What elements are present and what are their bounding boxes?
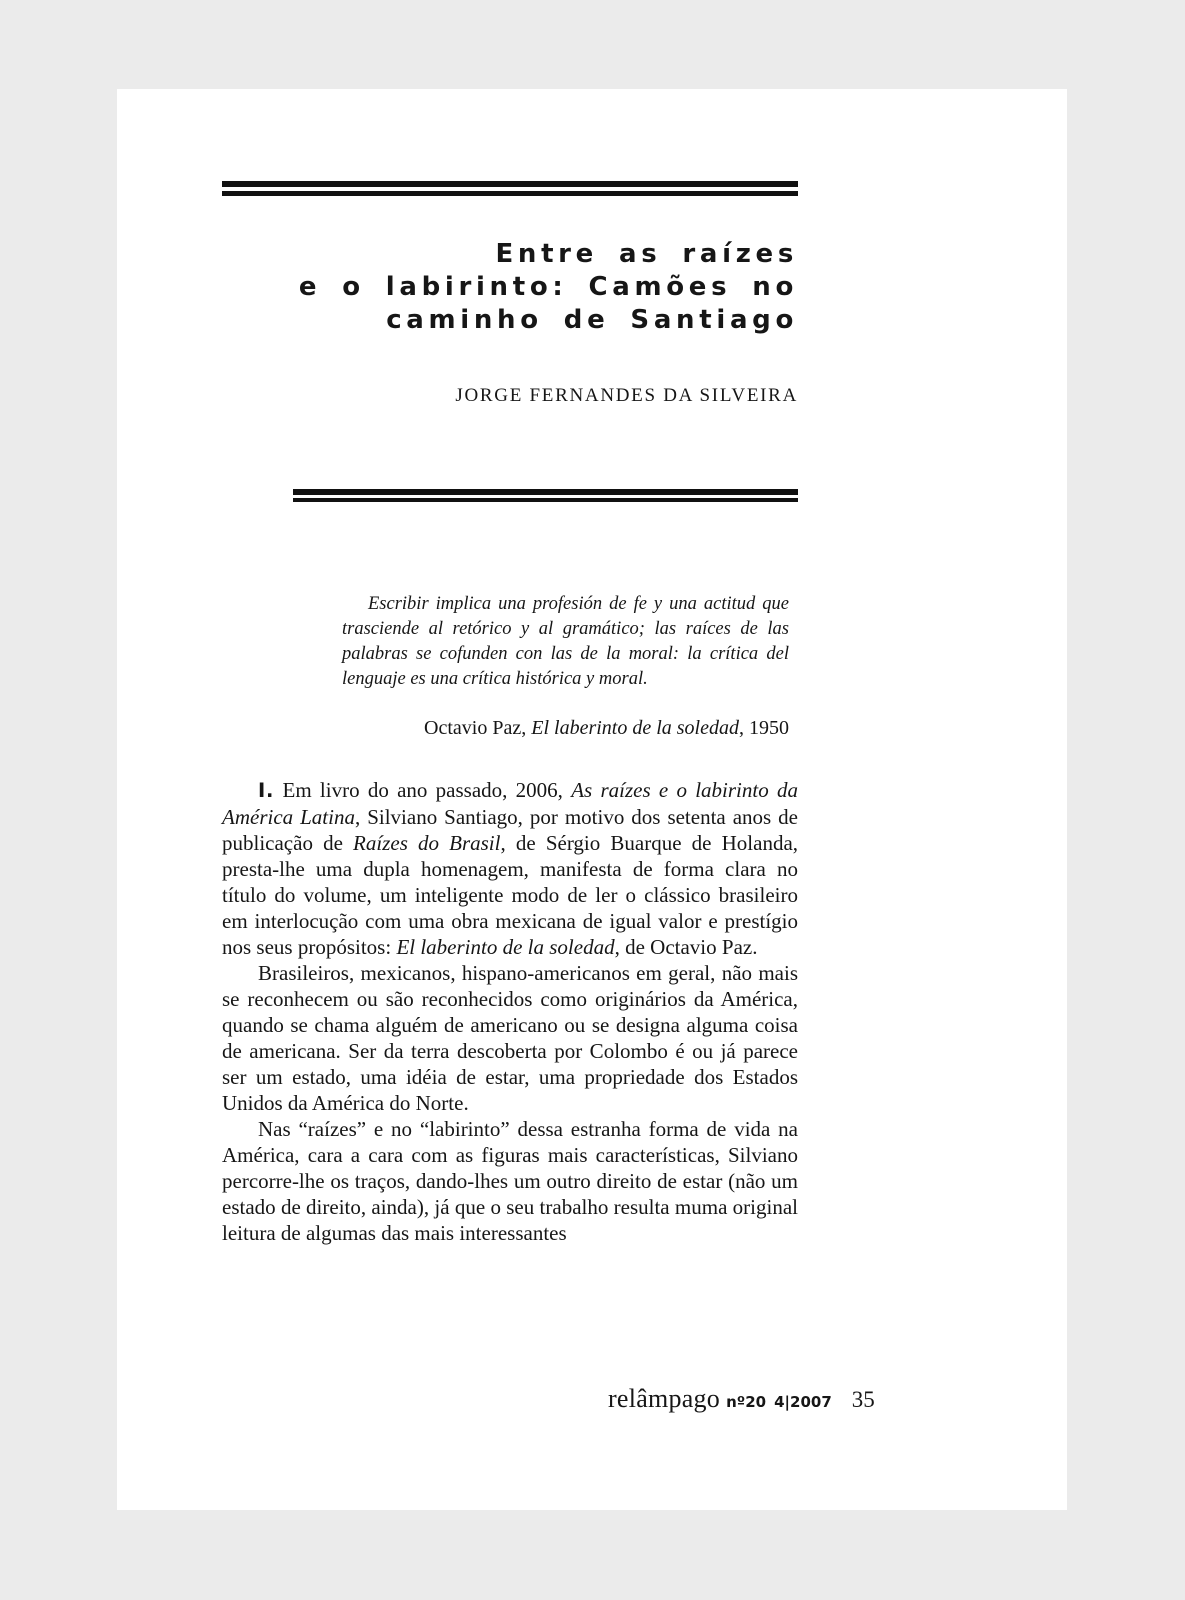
rule-line [222,191,798,196]
rule-line [293,498,798,502]
title-line-3: caminho de Santiago [222,304,798,337]
text-run: Nas “raízes” e no “labirinto” dessa estr… [222,1117,798,1245]
issue-date: 4|2007 [774,1393,832,1411]
text-run: Em livro do ano passado, 2006, [274,778,571,802]
article-author: JORGE FERNANDES DA SILVEIRA [222,385,798,407]
page-background: Entre as raízes e o labirinto: Camões no… [0,0,1185,1600]
page-number: 35 [852,1387,875,1413]
paragraph: Brasileiros, mexicanos, hispano-american… [222,960,798,1116]
italic-text: El laberinto de la soledad [531,717,739,739]
header-rule [222,181,798,196]
text-run: Octavio Paz, [424,717,531,739]
epigraph-quote: Escribir implica una profesión de fe y u… [342,592,789,692]
title-line-2: e o labirinto: Camões no [222,271,798,304]
journal-footer: relâmpago nº20 4|2007 35 [608,1384,875,1414]
text-run: , de Octavio Paz. [615,935,758,959]
italic-text: El laberinto de la soledad [396,935,614,959]
paragraph: Nas “raízes” e no “labirinto” dessa estr… [222,1116,798,1246]
journal-name: relâmpago [608,1384,720,1414]
section-rule [293,489,798,502]
italic-text: Raízes do Brasil [353,831,500,855]
paragraph: I. Em livro do ano passado, 2006, As raí… [222,777,798,960]
article-title: Entre as raízes e o labirinto: Camões no… [222,238,798,337]
text-run: Brasileiros, mexicanos, hispano-american… [222,961,798,1115]
body-text: I. Em livro do ano passado, 2006, As raí… [222,777,798,1246]
epigraph-attribution: Octavio Paz, El laberinto de la soledad,… [342,717,789,740]
text-run: , 1950 [739,717,789,739]
issue-number: nº20 [726,1393,766,1411]
paragraph-initial: I. [258,779,274,802]
document-page: Entre as raízes e o labirinto: Camões no… [117,89,1067,1510]
title-line-1: Entre as raízes [222,238,798,271]
